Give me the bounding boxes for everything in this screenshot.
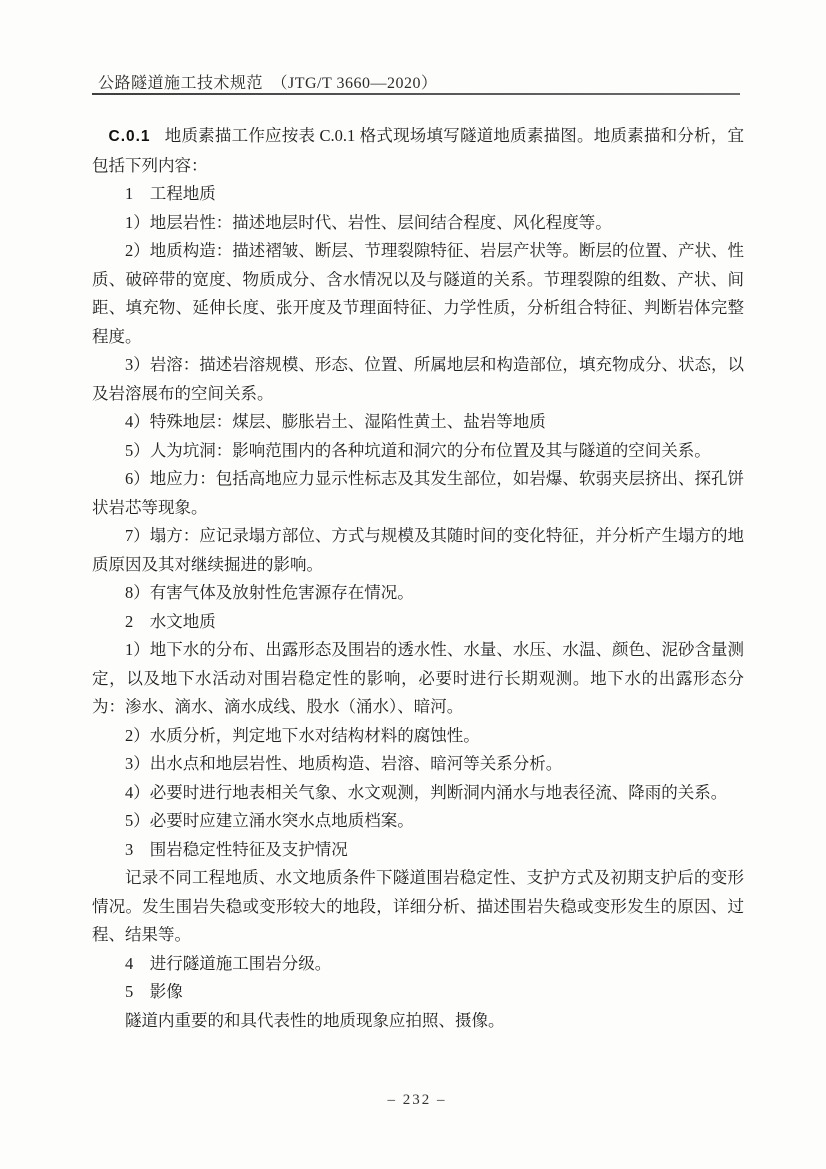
body-paragraph: 记录不同工程地质、水文地质条件下隧道围岩稳定性、支护方式及初期支护后的变形情况。… — [92, 864, 744, 950]
body-paragraph: 隧道内重要的和具代表性的地质现象应拍照、摄像。 — [92, 1007, 744, 1036]
list-item-paragraph: 3）出水点和地层岩性、地质构造、岩溶、暗河等关系分析。 — [92, 750, 744, 779]
list-item-paragraph: 5）人为坑洞：影响范围内的各种坑道和洞穴的分布位置及其与隧道的空间关系。 — [92, 437, 744, 466]
section-heading: 5 影像 — [92, 978, 744, 1007]
clause-text: 地质素描工作应按表 C.0.1 格式现场填写隧道地质素描图。地质素描和分析，宜包… — [92, 126, 744, 175]
list-item-paragraph: 6）地应力：包括高地应力显示性标志及其发生部位，如岩爆、软弱夹层挤出、探孔饼状岩… — [92, 465, 744, 522]
list-item-paragraph: 4）必要时进行地表相关气象、水文观测，判断洞内涌水与地表径流、降雨的关系。 — [92, 779, 744, 808]
header-rule — [92, 93, 740, 95]
clause-paragraph: C.0.1地质素描工作应按表 C.0.1 格式现场填写隧道地质素描图。地质素描和… — [92, 122, 744, 180]
running-header-title: 公路隧道施工技术规范 （JTG/T 3660—2020） — [98, 75, 438, 92]
clause-number: C.0.1 — [109, 128, 151, 145]
list-item-paragraph: 1）地层岩性：描述地层时代、岩性、层间结合程度、风化程度等。 — [92, 209, 744, 238]
list-item-paragraph: 4）特殊地层：煤层、膨胀岩土、湿陷性黄土、盐岩等地质 — [92, 408, 744, 437]
section-heading: 2 水文地质 — [92, 608, 744, 637]
section-heading: 3 围岩稳定性特征及支护情况 — [92, 836, 744, 865]
list-item-paragraph: 7）塌方：应记录塌方部位、方式与规模及其随时间的变化特征，并分析产生塌方的地质原… — [92, 522, 744, 579]
list-item-paragraph: 2）地质构造：描述褶皱、断层、节理裂隙特征、岩层产状等。断层的位置、产状、性质、… — [92, 237, 744, 351]
document-page: 公路隧道施工技术规范 （JTG/T 3660—2020） C.0.1地质素描工作… — [0, 0, 826, 1169]
list-item-paragraph: 3）岩溶：描述岩溶规模、形态、位置、所属地层和构造部位，填充物成分、状态，以及岩… — [92, 351, 744, 408]
list-item-paragraph: 8）有害气体及放射性危害源存在情况。 — [92, 579, 744, 608]
section-heading: 4 进行隧道施工围岩分级。 — [92, 950, 744, 979]
section-heading: 1 工程地质 — [92, 180, 744, 209]
page-number: – 232 – — [92, 1092, 742, 1109]
list-item-paragraph: 5）必要时应建立涌水突水点地质档案。 — [92, 807, 744, 836]
list-item-paragraph: 2）水质分析，判定地下水对结构材料的腐蚀性。 — [92, 722, 744, 751]
list-item-paragraph: 1）地下水的分布、出露形态及围岩的透水性、水量、水压、水温、颜色、泥砂含量测定，… — [92, 636, 744, 722]
document-body: C.0.1地质素描工作应按表 C.0.1 格式现场填写隧道地质素描图。地质素描和… — [92, 122, 744, 1035]
